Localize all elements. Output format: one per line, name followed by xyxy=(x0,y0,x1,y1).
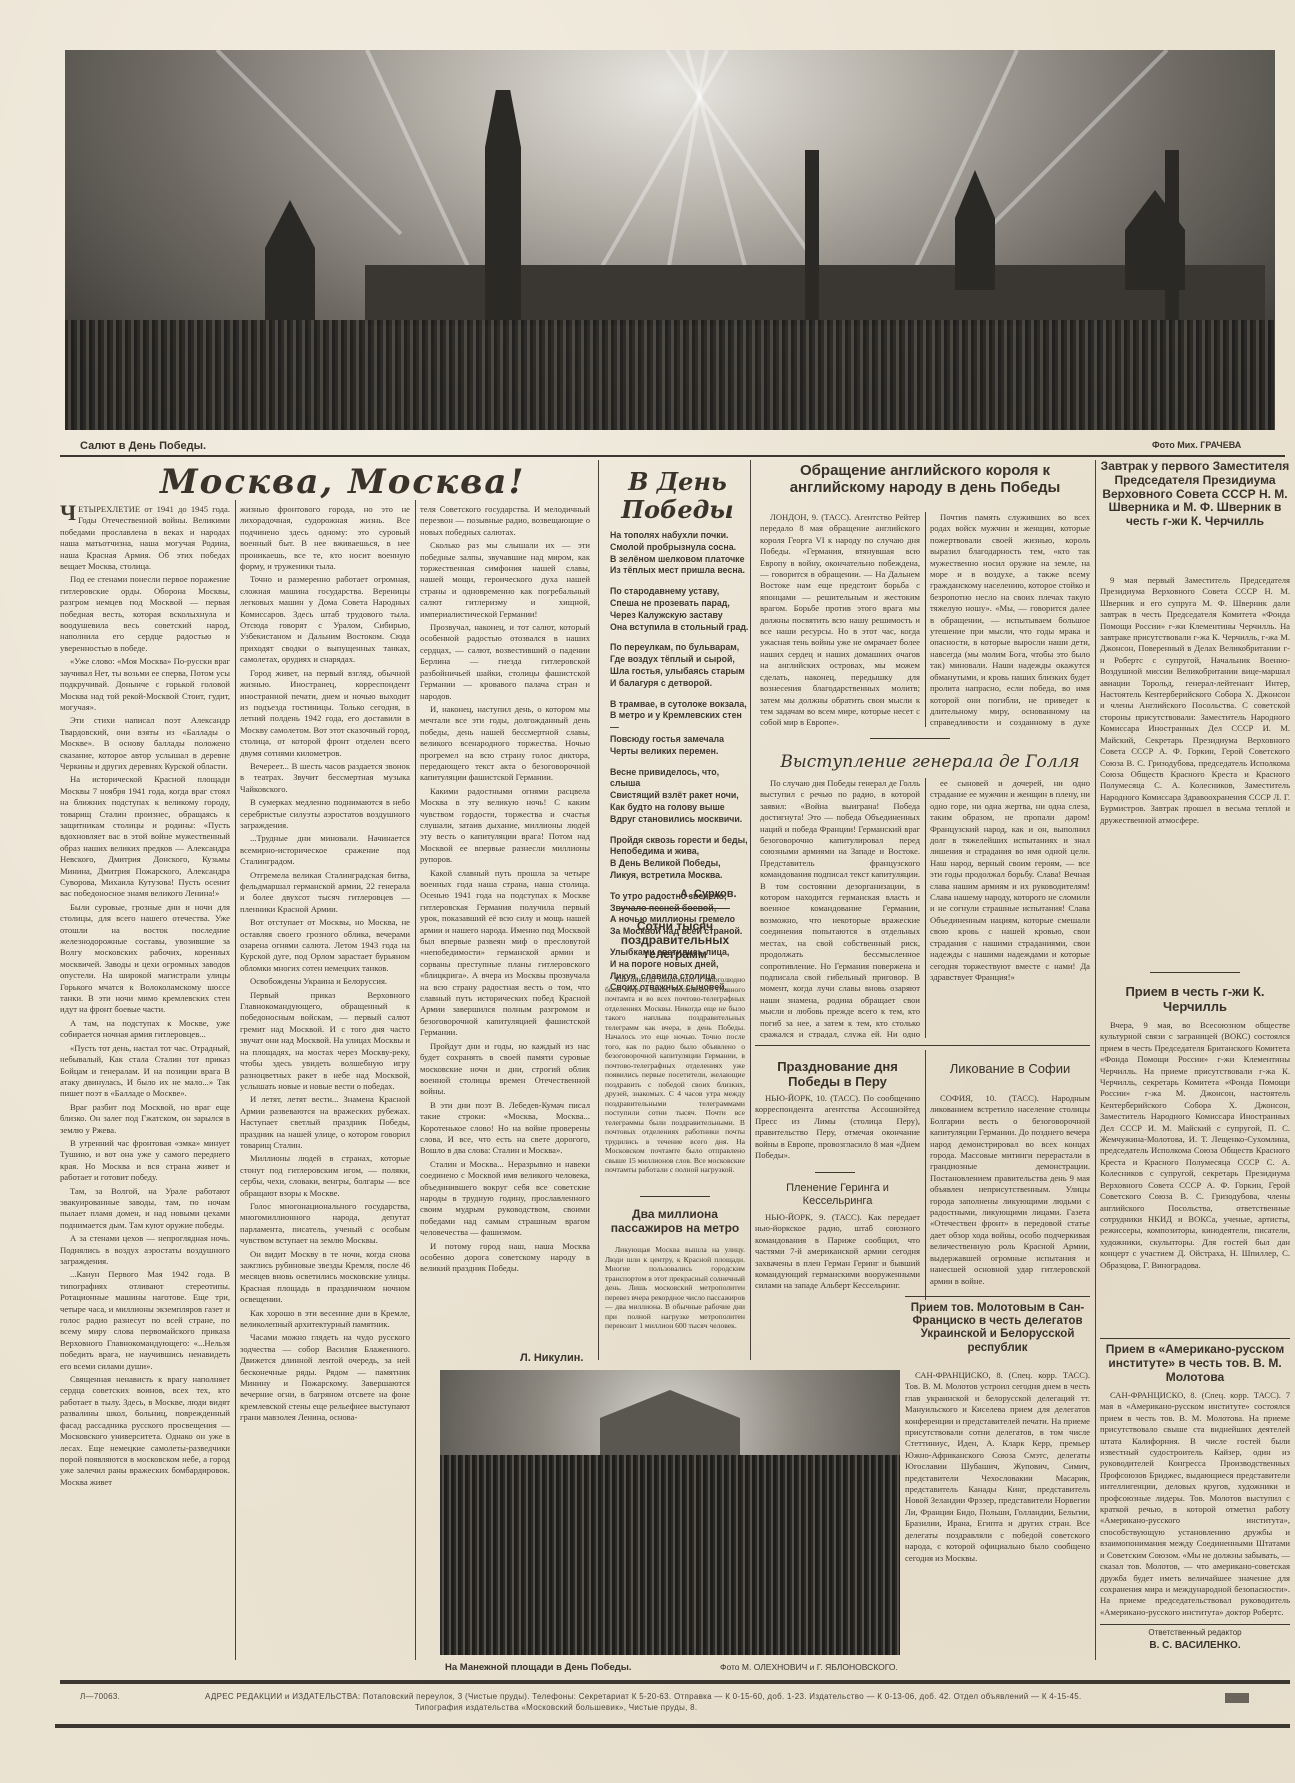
goering-title: Пленение Геринга и Кессельринга xyxy=(755,1182,920,1207)
breakfast-title: Завтрак у первого Заместителя Председате… xyxy=(1100,460,1290,529)
hero-photo-credit: Фото Мих. ГРАЧЕВА xyxy=(1152,440,1241,450)
main-article-title: Москва, Москва! xyxy=(160,462,525,502)
molotov-reception-text: САН-ФРАНЦИСКО, 8. (Спец. корр. ТАСС). То… xyxy=(905,1370,1090,1660)
main-article-column-1: ЧЕТЫРЕХЛЕТИЕ от 1941 до 1945 года. Годы … xyxy=(60,504,230,1662)
breakfast-text: 9 мая первый Заместитель Председателя Пр… xyxy=(1100,575,1290,965)
king-address-title: Обращение английского короля к английско… xyxy=(760,462,1090,497)
goering-text: НЬЮ-ЙОРК, 9. (ТАСС). Как передает нью-йо… xyxy=(755,1212,920,1322)
king-address-column-2: Почтив память служивших во всех родах во… xyxy=(930,512,1090,727)
molotov-reception-title: Прием тов. Молотовым в Сан-Франциско в ч… xyxy=(905,1302,1090,1355)
metro-title: Два миллиона пассажиров на метро xyxy=(605,1208,745,1236)
main-article-column-2: жизнью фронтового города, но это не лихо… xyxy=(240,504,410,1662)
footer-printer: Типография издательства «Московский боль… xyxy=(415,1703,697,1712)
dropcap: Ч xyxy=(60,504,76,522)
poem-title: В День Победы xyxy=(615,468,740,524)
king-address-column-1: ЛОНДОН, 9. (ТАСС). Агентство Рейтер пере… xyxy=(760,512,920,727)
union-label-mark xyxy=(1225,1693,1249,1703)
manezh-photo-credit: Фото М. ОЛЕХНОВИЧ и Г. ЯБЛОНОВСКОГО. xyxy=(720,1662,898,1672)
de-gaulle-column-2: ее сыновей и дочерей, ни одно страдание … xyxy=(930,778,1090,1038)
main-article-author: Л. Никулин. xyxy=(520,1352,583,1364)
editor-name: В. С. ВАСИЛЕНКО. xyxy=(1100,1640,1290,1651)
voks-reception-text: Вчера, 9 мая, во Всесоюзном обществе кул… xyxy=(1100,1020,1290,1330)
footer-top-rule xyxy=(60,1680,1290,1684)
poem-author: А. Сурков. xyxy=(680,888,737,900)
editor-label: Ответственный редактор xyxy=(1100,1628,1290,1637)
manezh-square-photo xyxy=(440,1370,900,1655)
newspaper-page: Салют в День Победы. Фото Мих. ГРАЧЕВА М… xyxy=(0,0,1295,1783)
telegrams-text: Как никогда оживленно и многолюдно было … xyxy=(605,975,745,1190)
divider xyxy=(60,455,1285,457)
american-institute-text: САН-ФРАНЦИСКО, 8. (Спец. корр. ТАСС). 7 … xyxy=(1100,1390,1290,1620)
american-institute-title: Прием в «Американо-русском институте» в … xyxy=(1100,1343,1290,1384)
metro-text: Ликующая Москва вышла на улицу. Люди шли… xyxy=(605,1245,745,1365)
de-gaulle-title: Выступление генерала де Голля xyxy=(780,752,1080,772)
peru-text: НЬЮ-ЙОРК, 10. (ТАСС). По сообщению корре… xyxy=(755,1093,920,1163)
hero-photo-caption: Салют в День Победы. xyxy=(80,440,206,452)
telegrams-title: Сотни тысяч поздравительных телеграмм xyxy=(605,920,745,961)
sofia-text: СОФИЯ, 10. (ТАСС). Народным ликованием в… xyxy=(930,1093,1090,1293)
main-article-column-3: теля Советского государства. И мелодичны… xyxy=(420,504,590,1364)
de-gaulle-column-1: По случаю дня Победы генерал де Голль вы… xyxy=(760,778,920,1038)
victory-salute-photo xyxy=(65,50,1275,430)
peru-title: Празднование дня Победы в Перу xyxy=(755,1060,920,1090)
voks-reception-title: Прием в честь г-жи К. Черчилль xyxy=(1100,985,1290,1015)
footer-bottom-rule xyxy=(55,1724,1290,1728)
footer-code: Л—70063. xyxy=(80,1692,120,1701)
sofia-title: Ликование в Софии xyxy=(930,1062,1090,1077)
footer-address: АДРЕС РЕДАКЦИИ и ИЗДАТЕЛЬСТВА: Потаповск… xyxy=(205,1692,1205,1701)
manezh-photo-caption: На Манежной площади в День Победы. xyxy=(445,1662,632,1673)
